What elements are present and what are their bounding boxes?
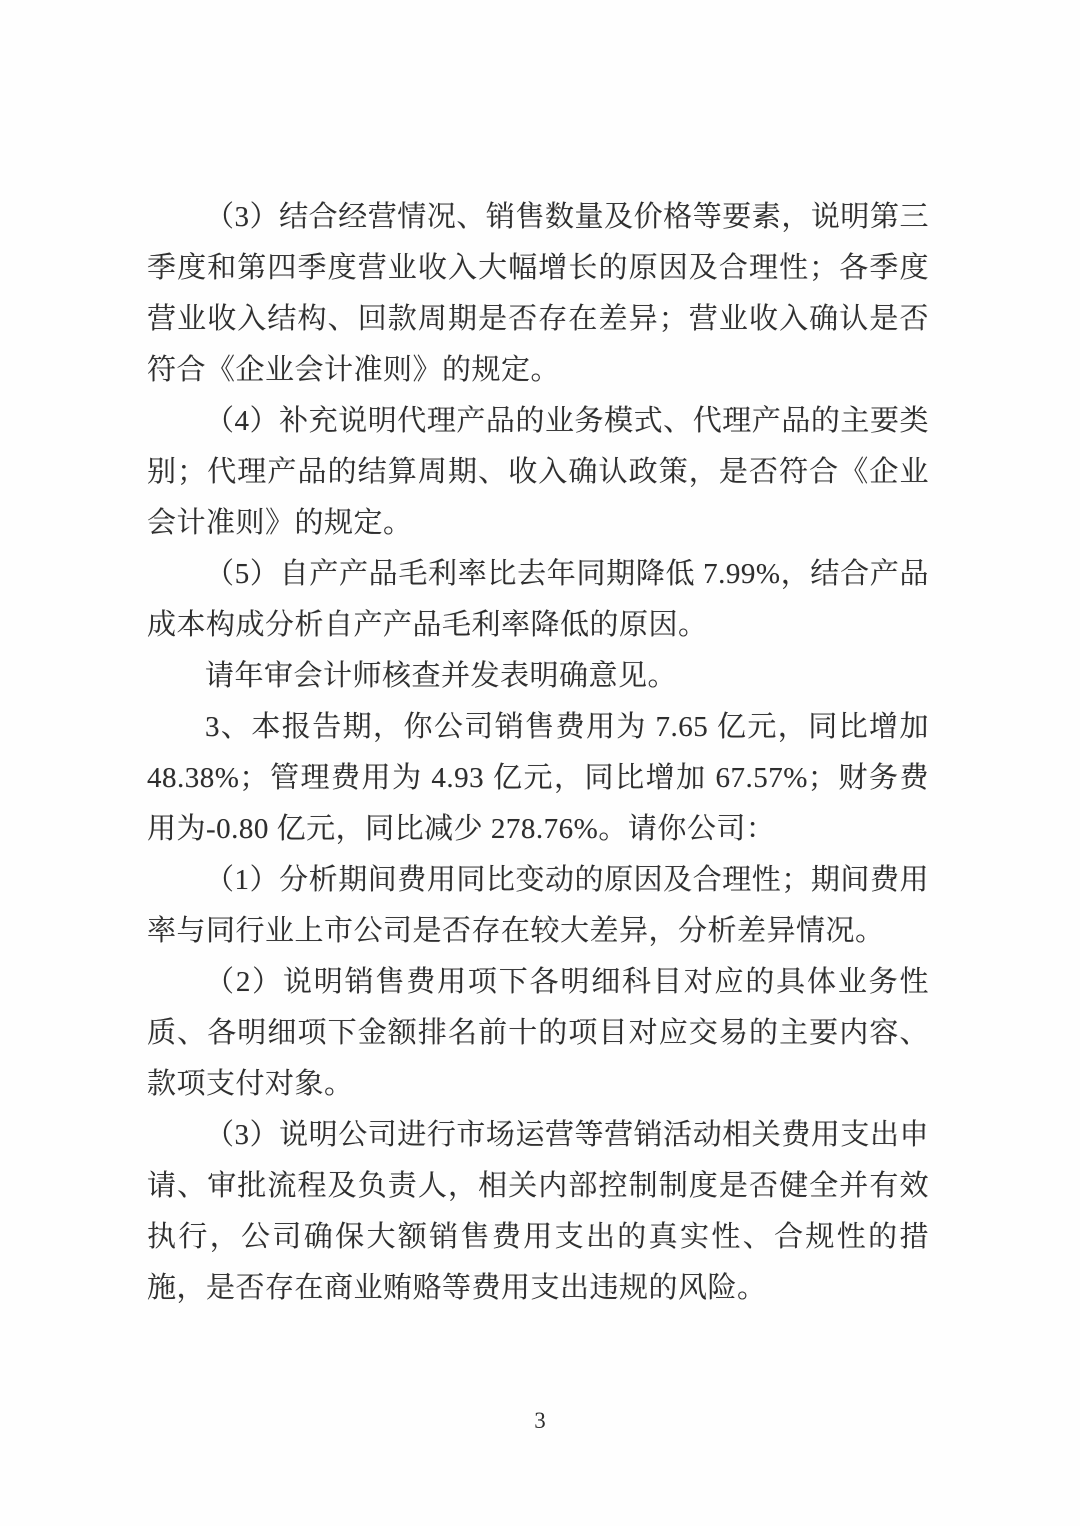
page-number: 3 xyxy=(534,1408,546,1433)
document-page: （3）结合经营情况、销售数量及价格等要素，说明第三季度和第四季度营业收入大幅增长… xyxy=(0,0,1080,1526)
page-footer: 3 xyxy=(0,1408,1080,1434)
paragraph-question-3-sub1: （1）分析期间费用同比变动的原因及合理性；期间费用率与同行业上市公司是否存在较大… xyxy=(147,855,929,957)
paragraph-item-4-agency-products: （4）补充说明代理产品的业务模式、代理产品的主要类别；代理产品的结算周期、收入确… xyxy=(147,396,929,549)
document-body: （3）结合经营情况、销售数量及价格等要素，说明第三季度和第四季度营业收入大幅增长… xyxy=(147,192,929,1314)
paragraph-question-3-sub3: （3）说明公司进行市场运营等营销活动相关费用支出申请、审批流程及负责人，相关内部… xyxy=(147,1110,929,1314)
paragraph-item-5-gross-margin: （5）自产产品毛利率比去年同期降低 7.99%，结合产品成本构成分析自产产品毛利… xyxy=(147,549,929,651)
paragraph-auditor-request: 请年审会计师核查并发表明确意见。 xyxy=(147,651,929,702)
paragraph-item-3-revenue-growth: （3）结合经营情况、销售数量及价格等要素，说明第三季度和第四季度营业收入大幅增长… xyxy=(147,192,929,396)
paragraph-question-3-sub2: （2）说明销售费用项下各明细科目对应的具体业务性质、各明细项下金额排名前十的项目… xyxy=(147,957,929,1110)
paragraph-question-3-expenses: 3、本报告期，你公司销售费用为 7.65 亿元，同比增加 48.38%；管理费用… xyxy=(147,702,929,855)
